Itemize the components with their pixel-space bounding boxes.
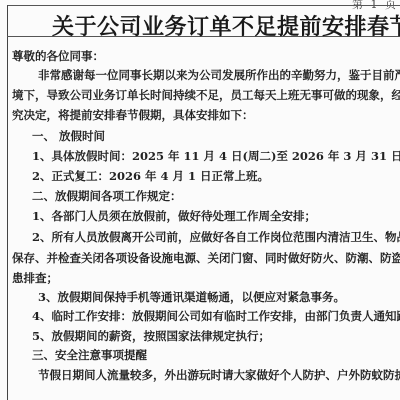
section-item: 5、放假期间的薪资，按照国家法律规定执行； [32,328,270,344]
section-item: 2、正式复工：2026 年 4 月 1 日正常上班。 [32,168,269,184]
section-heading: 三、安全注意事项提醒 [32,347,147,363]
greeting: 尊敬的各位同事： [12,48,104,64]
intro-line: 境下，导致公司业务订单长时间持续不足，员工每天上班无事可做的现象，经公司管理层 [12,87,400,103]
intro-line: 非常感谢每一位同事长期以来为公司发展所作出的辛勤努力，鉴于目前严峻的市场 [38,67,400,83]
section-item: 3、放假期间保持手机等通讯渠道畅通，以便应对紧急事务。 [38,289,345,305]
intro-line: 究决定，将提前安排春节假期，具体安排如下： [12,107,254,123]
section-item: 4、临时工作安排：放假期间公司如有临时工作安排，由部门负责人通知跟进。 [32,308,400,324]
section-item: 保存、并检查关闭各项设备设施电源、关闭门窗、同时做好防火、防潮、防盗等各项安全 [12,250,400,266]
document-title: 关于公司业务订单不足提前安排春节放假的通知 [52,10,400,41]
left-border [7,5,8,400]
section-item: 患排查； [12,270,58,286]
section-item: 节假日期间人流量较多，外出游玩时请大家做好个人防护、户外防蚊防护措施安全 [38,367,400,383]
top-border [7,5,400,6]
section-item: 1、各部门人员须在放假前，做好待处理工作周全安排； [32,208,316,224]
section-heading: 二、放假期间各项工作规定： [32,188,182,204]
section-item: 1、具体放假时间：2025 年 11 月 4 日(周二)至 2026 年 3 月… [32,148,400,164]
section-heading: 一、 放假时间 [32,128,105,144]
section-item: 2、所有人员放假离开公司前，应做好各自工作岗位范围内清洁卫生、物品整理与安 [32,229,400,245]
